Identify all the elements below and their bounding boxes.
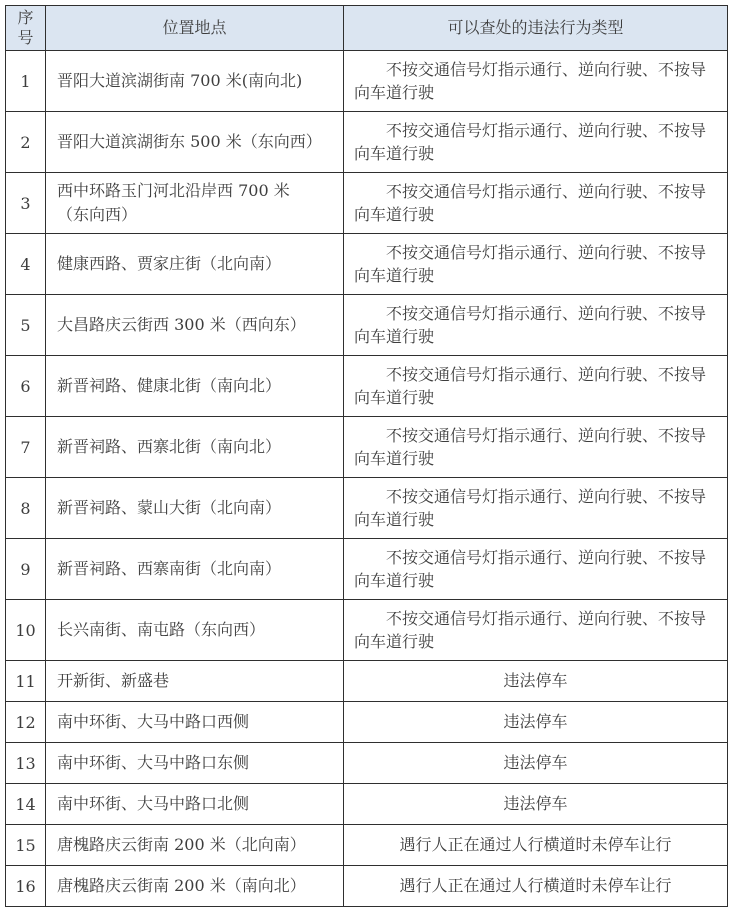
cell-violation-type: 不按交通信号灯指示通行、逆向行驶、不按导向车道行驶: [344, 295, 728, 356]
cell-location: 晋阳大道滨湖街南 700 米(南向北): [46, 51, 344, 112]
cell-violation-type: 不按交通信号灯指示通行、逆向行驶、不按导向车道行驶: [344, 417, 728, 478]
cell-violation-type: 不按交通信号灯指示通行、逆向行驶、不按导向车道行驶: [344, 51, 728, 112]
cell-location: 新晋祠路、西寨北街（南向北）: [46, 417, 344, 478]
cell-serial-number: 11: [6, 661, 46, 702]
cell-violation-type: 不按交通信号灯指示通行、逆向行驶、不按导向车道行驶: [344, 173, 728, 234]
cell-location: 长兴南街、南屯路（东向西）: [46, 600, 344, 661]
cell-serial-number: 12: [6, 702, 46, 743]
cell-serial-number: 8: [6, 478, 46, 539]
cell-serial-number: 9: [6, 539, 46, 600]
cell-serial-number: 14: [6, 784, 46, 825]
table-row: 10长兴南街、南屯路（东向西）不按交通信号灯指示通行、逆向行驶、不按导向车道行驶: [6, 600, 728, 661]
col-header-serial-number: 序 号: [6, 6, 46, 51]
cell-violation-type: 不按交通信号灯指示通行、逆向行驶、不按导向车道行驶: [344, 539, 728, 600]
cell-serial-number: 5: [6, 295, 46, 356]
table-row: 11开新街、新盛巷违法停车: [6, 661, 728, 702]
cell-location: 新晋祠路、健康北街（南向北）: [46, 356, 344, 417]
cell-violation-type: 遇行人正在通过人行横道时未停车让行: [344, 825, 728, 866]
table-row: 16唐槐路庆云街南 200 米（南向北）遇行人正在通过人行横道时未停车让行: [6, 866, 728, 907]
cell-serial-number: 1: [6, 51, 46, 112]
cell-location: 新晋祠路、蒙山大街（北向南）: [46, 478, 344, 539]
cell-violation-type: 违法停车: [344, 661, 728, 702]
table-row: 9新晋祠路、西寨南街（北向南）不按交通信号灯指示通行、逆向行驶、不按导向车道行驶: [6, 539, 728, 600]
cell-violation-type: 违法停车: [344, 743, 728, 784]
cell-location: 南中环街、大马中路口西侧: [46, 702, 344, 743]
cell-serial-number: 7: [6, 417, 46, 478]
cell-violation-type: 不按交通信号灯指示通行、逆向行驶、不按导向车道行驶: [344, 600, 728, 661]
cell-serial-number: 3: [6, 173, 46, 234]
table-row: 7新晋祠路、西寨北街（南向北）不按交通信号灯指示通行、逆向行驶、不按导向车道行驶: [6, 417, 728, 478]
cell-violation-type: 不按交通信号灯指示通行、逆向行驶、不按导向车道行驶: [344, 112, 728, 173]
table-row: 3西中环路玉门河北沿岸西 700 米（东向西）不按交通信号灯指示通行、逆向行驶、…: [6, 173, 728, 234]
cell-violation-type: 违法停车: [344, 702, 728, 743]
cell-serial-number: 10: [6, 600, 46, 661]
cell-violation-type: 遇行人正在通过人行横道时未停车让行: [344, 866, 728, 907]
table-row: 12南中环街、大马中路口西侧违法停车: [6, 702, 728, 743]
table-row: 4健康西路、贾家庄街（北向南）不按交通信号灯指示通行、逆向行驶、不按导向车道行驶: [6, 234, 728, 295]
col-header-location: 位置地点: [46, 6, 344, 51]
cell-location: 唐槐路庆云街南 200 米（南向北）: [46, 866, 344, 907]
cell-violation-type: 不按交通信号灯指示通行、逆向行驶、不按导向车道行驶: [344, 478, 728, 539]
cell-location: 大昌路庆云街西 300 米（西向东）: [46, 295, 344, 356]
col-header-violation-type: 可以查处的违法行为类型: [344, 6, 728, 51]
cell-violation-type: 不按交通信号灯指示通行、逆向行驶、不按导向车道行驶: [344, 356, 728, 417]
table-row: 1晋阳大道滨湖街南 700 米(南向北)不按交通信号灯指示通行、逆向行驶、不按导…: [6, 51, 728, 112]
table-row: 13南中环街、大马中路口东侧违法停车: [6, 743, 728, 784]
cell-location: 晋阳大道滨湖街东 500 米（东向西）: [46, 112, 344, 173]
cell-location: 唐槐路庆云街南 200 米（北向南）: [46, 825, 344, 866]
cell-serial-number: 16: [6, 866, 46, 907]
cell-location: 南中环街、大马中路口东侧: [46, 743, 344, 784]
cell-violation-type: 违法停车: [344, 784, 728, 825]
cell-serial-number: 2: [6, 112, 46, 173]
cell-location: 新晋祠路、西寨南街（北向南）: [46, 539, 344, 600]
cell-serial-number: 13: [6, 743, 46, 784]
cell-serial-number: 4: [6, 234, 46, 295]
table-row: 5大昌路庆云街西 300 米（西向东）不按交通信号灯指示通行、逆向行驶、不按导向…: [6, 295, 728, 356]
cell-serial-number: 6: [6, 356, 46, 417]
cell-location: 健康西路、贾家庄街（北向南）: [46, 234, 344, 295]
cell-location: 开新街、新盛巷: [46, 661, 344, 702]
table-row: 2晋阳大道滨湖街东 500 米（东向西）不按交通信号灯指示通行、逆向行驶、不按导…: [6, 112, 728, 173]
header-row: 序 号 位置地点 可以查处的违法行为类型: [6, 6, 728, 51]
cell-violation-type: 不按交通信号灯指示通行、逆向行驶、不按导向车道行驶: [344, 234, 728, 295]
table-row: 6新晋祠路、健康北街（南向北）不按交通信号灯指示通行、逆向行驶、不按导向车道行驶: [6, 356, 728, 417]
violation-table: 序 号 位置地点 可以查处的违法行为类型 1晋阳大道滨湖街南 700 米(南向北…: [5, 5, 728, 907]
table-row: 8新晋祠路、蒙山大街（北向南）不按交通信号灯指示通行、逆向行驶、不按导向车道行驶: [6, 478, 728, 539]
cell-location: 南中环街、大马中路口北侧: [46, 784, 344, 825]
table-row: 15唐槐路庆云街南 200 米（北向南）遇行人正在通过人行横道时未停车让行: [6, 825, 728, 866]
table-row: 14南中环街、大马中路口北侧违法停车: [6, 784, 728, 825]
cell-serial-number: 15: [6, 825, 46, 866]
cell-location: 西中环路玉门河北沿岸西 700 米（东向西）: [46, 173, 344, 234]
page: 序 号 位置地点 可以查处的违法行为类型 1晋阳大道滨湖街南 700 米(南向北…: [0, 0, 731, 914]
